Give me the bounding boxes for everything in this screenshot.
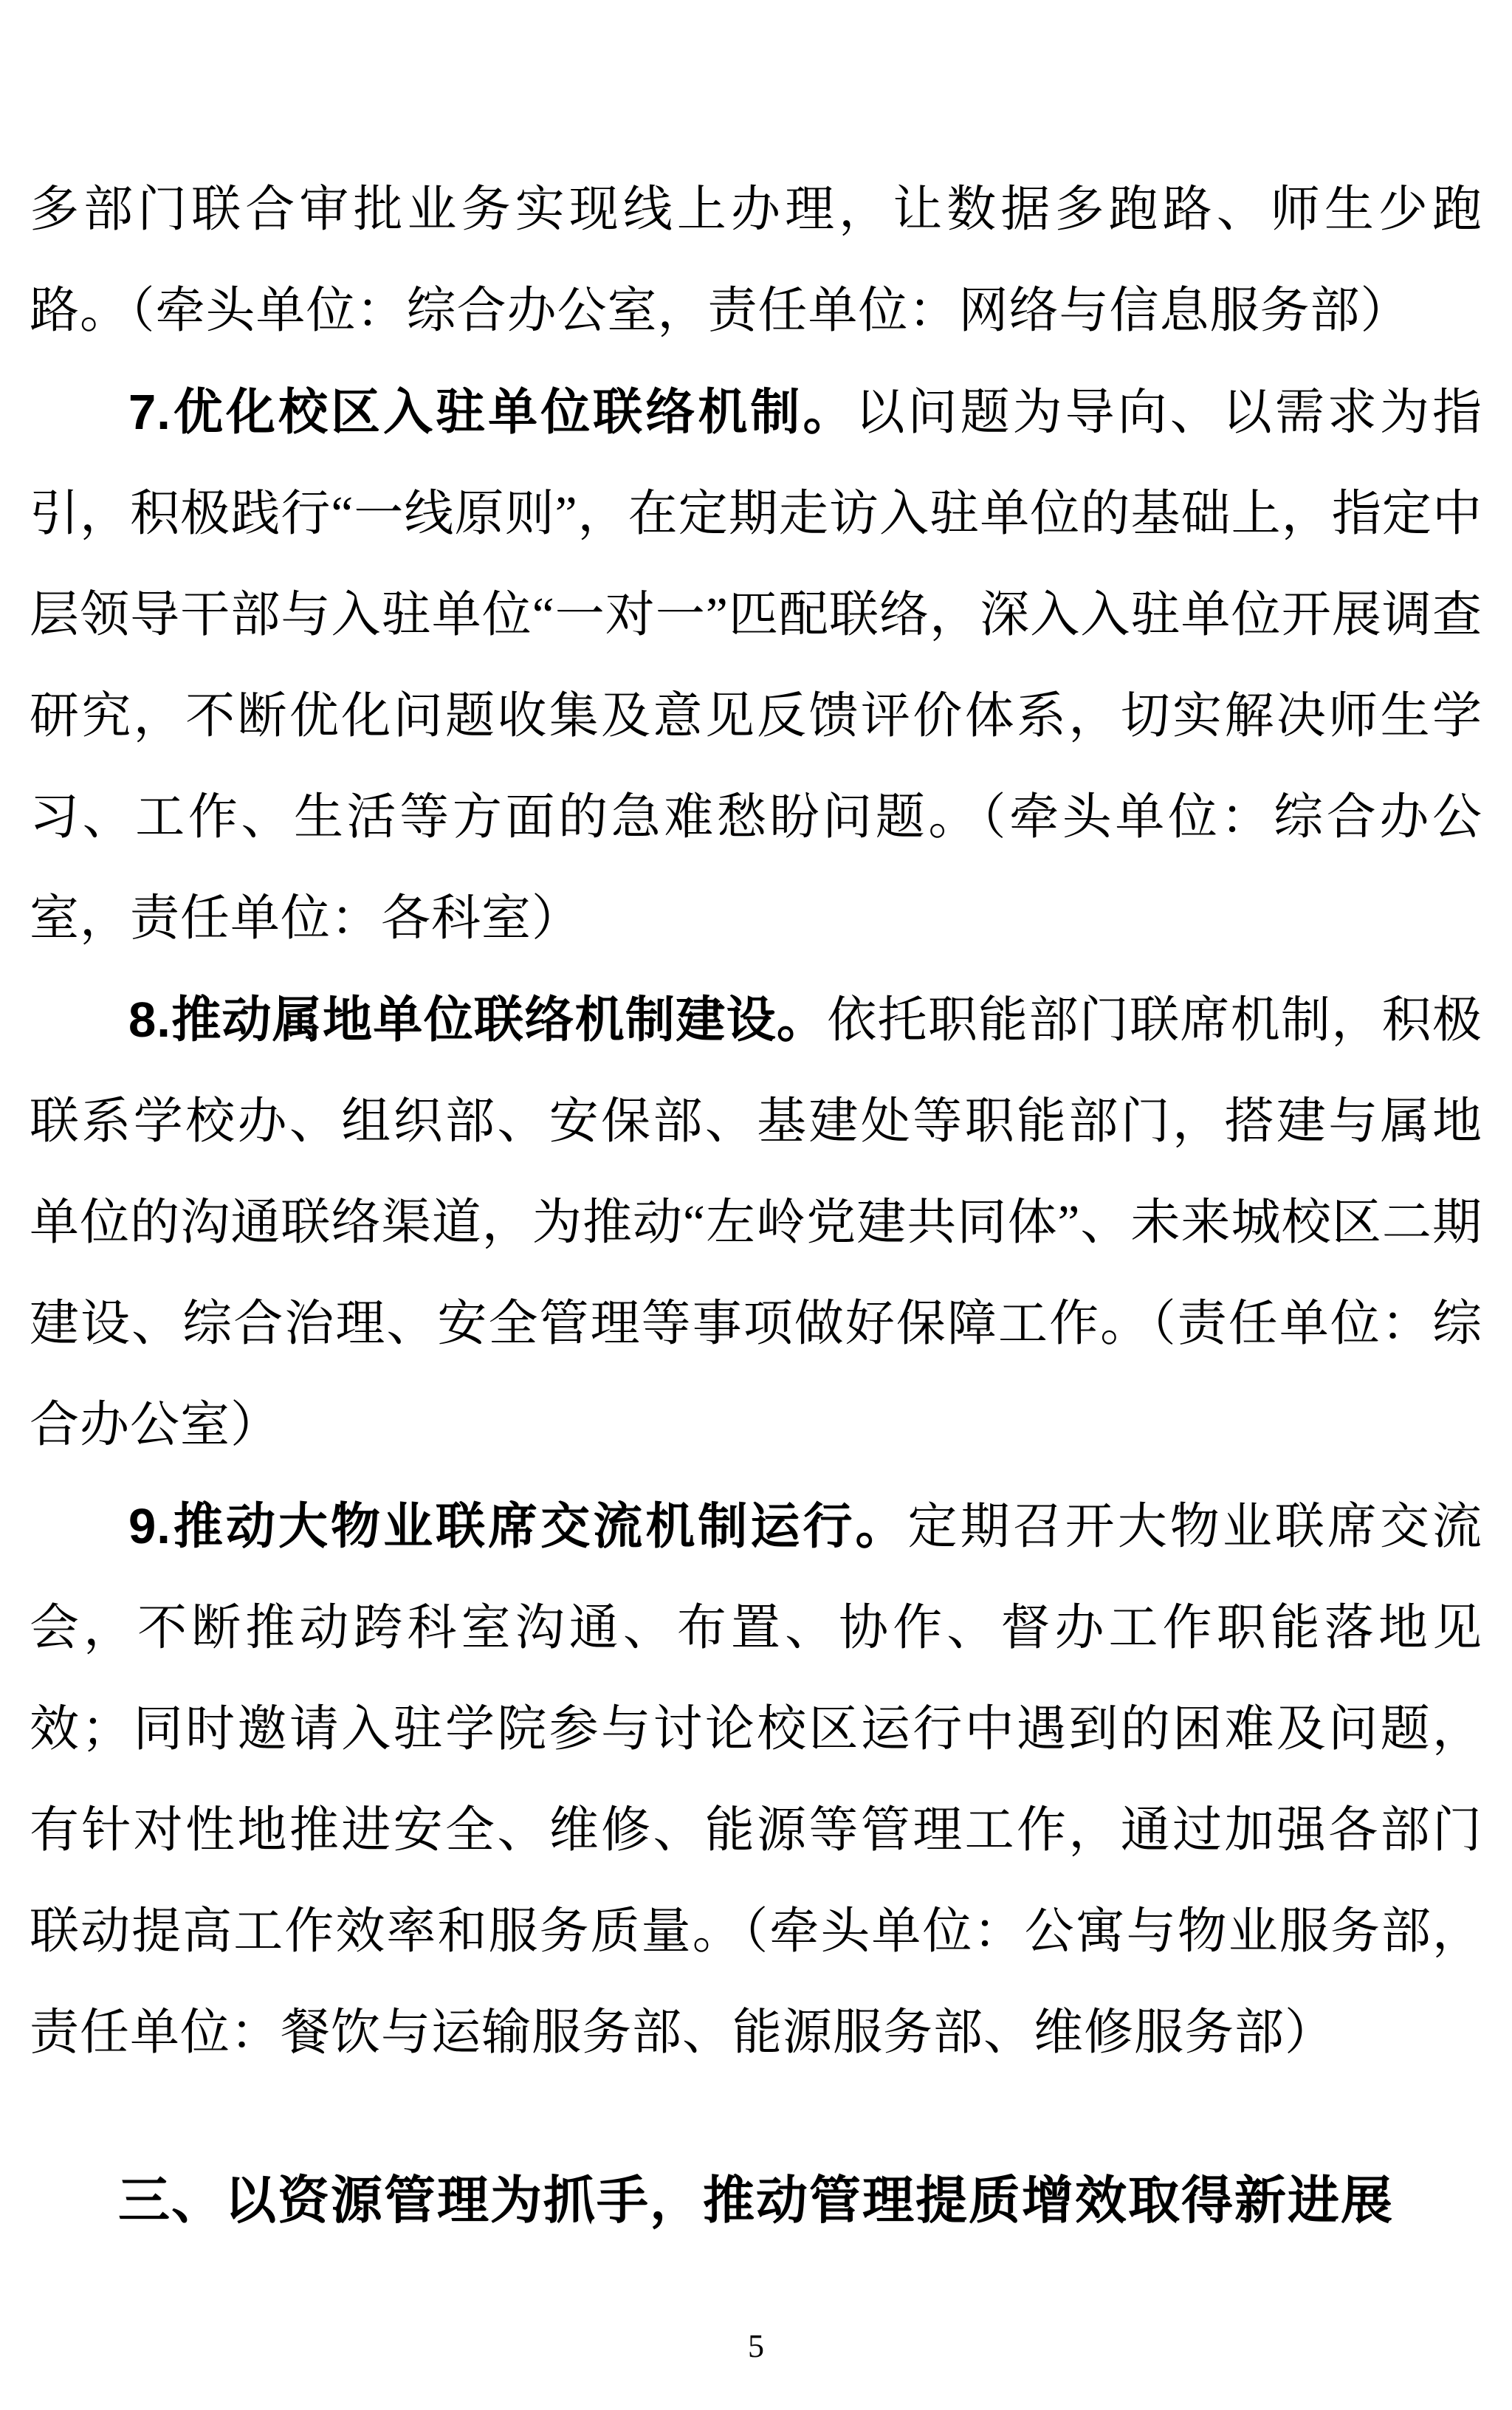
paragraph-item-7: 7.优化校区入驻单位联络机制。以问题为导向、以需求为指引，积极践行“一线原则”，… [30, 362, 1482, 969]
paragraph-lead-text: 9.推动大物业联席交流机制运行。 [128, 1499, 908, 1554]
paragraph-body-text: 定期召开大物业联席交流会，不断推动跨科室沟通、布置、协作、督办工作职能落地见效；… [30, 1500, 1482, 2060]
paragraph-item-8: 8.推动属地单位联络机制建设。依托职能部门联席机制，积极联系学校办、组织部、安保… [30, 969, 1482, 1476]
paragraph-item-9: 9.推动大物业联席交流机制运行。定期召开大物业联席交流会，不断推动跨科室沟通、布… [30, 1476, 1482, 2084]
paragraph-lead-text: 8.推动属地单位联络机制建设。 [128, 992, 827, 1048]
document-body-text: 多部门联合审批业务实现线上办理，让数据多跑路、师生少跑路。（牵头单位：综合办公室… [30, 159, 1482, 2084]
paragraph-body-text: 多部门联合审批业务实现线上办理，让数据多跑路、师生少跑路。（牵头单位：综合办公室… [30, 182, 1482, 338]
paragraph-continuation: 多部门联合审批业务实现线上办理，让数据多跑路、师生少跑路。（牵头单位：综合办公室… [30, 159, 1482, 362]
section-heading: 三、以资源管理为抓手，推动管理提质增效取得新进展 [30, 2150, 1482, 2251]
paragraph-body-text: 以问题为导向、以需求为指引，积极践行“一线原则”，在定期走访入驻单位的基础上，指… [30, 385, 1482, 946]
page-number: 5 [0, 2327, 1512, 2366]
document-page: 多部门联合审批业务实现线上办理，让数据多跑路、师生少跑路。（牵头单位：综合办公室… [0, 0, 1512, 2410]
paragraph-lead-text: 7.优化校区入驻单位联络机制。 [128, 385, 856, 440]
paragraph-body-text: 依托职能部门联席机制，积极联系学校办、组织部、安保部、基建处等职能部门，搭建与属… [30, 993, 1482, 1452]
